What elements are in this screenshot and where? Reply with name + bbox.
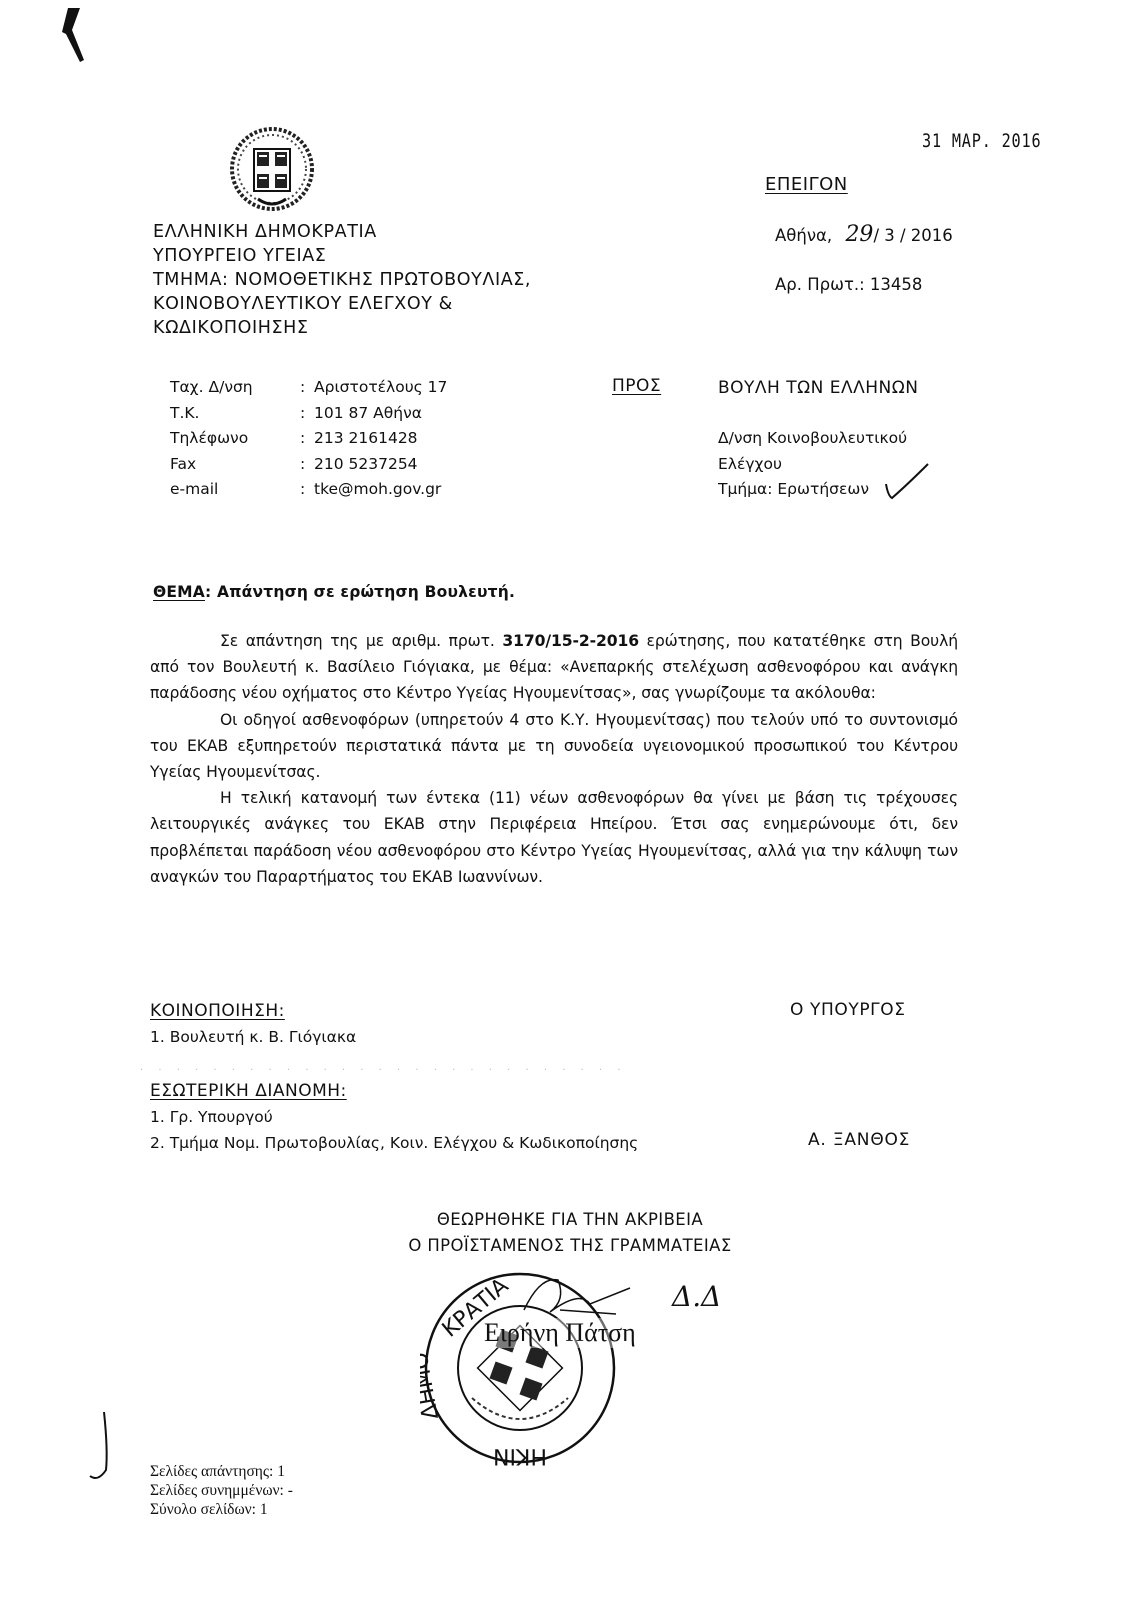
place-label: Αθήνα, [775,226,832,245]
contact-details: Ταχ. Δ/νση:Αριστοτέλους 17 Τ.Κ.:101 87 Α… [170,375,590,503]
contact-value: 101 87 Αθήνα [314,401,422,427]
subject-label: ΘΕΜΑ [153,583,205,601]
issuer-line: ΕΛΛΗΝΙΚΗ ΔΗΜΟΚΡΑΤΙΑ [153,220,531,244]
page-count-line: Σελίδες απάντησης: 1 [150,1462,293,1481]
place-date: Αθήνα, 29/ 3 / 2016 [775,223,953,248]
contact-row: Ταχ. Δ/νση:Αριστοτέλους 17 [170,375,590,401]
contact-label: Ταχ. Δ/νση [170,375,300,401]
issuer-line: ΤΜΗΜΑ: ΝΟΜΟΘΕΤΙΚΗΣ ΠΡΩΤΟΒΟΥΛΙΑΣ, [153,268,531,292]
page-count-line: Σύνολο σελίδων: 1 [150,1500,293,1519]
handwritten-mark-icon [58,4,88,64]
contact-row: Τηλέφωνο:213 2161428 [170,426,590,452]
page-counts: Σελίδες απάντησης: 1 Σελίδες συνημμένων:… [150,1462,293,1519]
contact-row: Τ.Κ.:101 87 Αθήνα [170,401,590,427]
received-date-stamp: 31 ΜΑΡ. 2016 [922,130,1041,152]
issuer-line: ΥΠΟΥΡΓΕΙΟ ΥΓΕΙΑΣ [153,244,531,268]
letter-body: Σε απάντηση της με αριθμ. πρωτ. 3170/15-… [150,628,958,890]
checkmark-icon [882,462,932,502]
contact-value: tke@moh.gov.gr [314,477,441,503]
colon: : [300,401,314,427]
subject-text: : Απάντηση σε ερώτηση Βουλευτή. [205,583,515,601]
signatory-title: Ο ΥΠΟΥΡΓΟΣ [790,1000,906,1020]
contact-value: 210 5237254 [314,452,418,478]
signatory-name: Α. ΞΑΝΘΟΣ [808,1130,910,1150]
svg-text:ΔΗΜΟ: ΔΗΜΟ [420,1350,444,1421]
internal-distribution-block: ΕΣΩΤΕΡΙΚΗ ΔΙΑΝΟΜΗ: 1. Γρ. Υπουργού 2. Τμ… [150,1078,638,1156]
colon: : [300,452,314,478]
contact-row: e-mail:tke@moh.gov.gr [170,477,590,503]
notification-block: ΚΟΙΝΟΠΟΙΗΣΗ: 1. Βουλευτή κ. Β. Γιόγιακα [150,998,356,1050]
greek-coat-of-arms-icon [228,125,316,213]
contact-label: Τηλέφωνο [170,426,300,452]
urgency-label: ΕΠΕΙΓΟΝ [765,174,848,195]
paragraph-text: Σε απάντηση της με αριθμ. πρωτ. [220,632,502,650]
colon: : [300,477,314,503]
faint-dotted-line: . . . . . . . . . . . . . . . . . . . . … [140,1062,970,1073]
colon: : [300,375,314,401]
issuer-line: ΚΩΔΙΚΟΠΟΙΗΣΗΣ [153,316,531,340]
internal-distribution-heading: ΕΣΩΤΕΡΙΚΗ ΔΙΑΝΟΜΗ: [150,1078,638,1104]
contact-label: e-mail [170,477,300,503]
issuer-block: ΕΛΛΗΝΙΚΗ ΔΗΜΟΚΡΑΤΙΑ ΥΠΟΥΡΓΕΙΟ ΥΓΕΙΑΣ ΤΜΗ… [153,220,531,340]
subject-line: ΘΕΜΑ: Απάντηση σε ερώτηση Βουλευτή. [153,583,515,601]
recipient-label: ΠΡΟΣ [612,376,661,396]
contact-value: Αριστοτέλους 17 [314,375,447,401]
distribution-item: 1. Γρ. Υπουργού [150,1104,638,1130]
recipient-line: Δ/νση Κοινοβουλευτικού [718,426,918,452]
recipient-name: ΒΟΥΛΗ ΤΩΝ ΕΛΛΗΝΩΝ [718,376,918,400]
contact-value: 213 2161428 [314,426,418,452]
contact-label: Τ.Κ. [170,401,300,427]
paragraph-1: Σε απάντηση της με αριθμ. πρωτ. 3170/15-… [150,628,958,707]
notification-item: 1. Βουλευτή κ. Β. Γιόγιακα [150,1024,356,1050]
signature-scribble-icon [520,1270,640,1340]
paragraph-3: Η τελική κατανομή των έντεκα (11) νέων α… [150,785,958,890]
paragraph-2: Οι οδηγοί ασθενοφόρων (υπηρετούν 4 στο Κ… [150,707,958,786]
handwritten-day: 29 [845,222,873,247]
notification-heading: ΚΟΙΝΟΠΟΙΗΣΗ: [150,998,356,1024]
handwritten-initials: Δ.Δ [672,1280,721,1313]
question-reference: 3170/15-2-2016 [502,632,639,650]
protocol-number: Αρ. Πρωτ.: 13458 [775,273,922,297]
issuer-line: ΚΟΙΝΟΒΟΥΛΕΥΤΙΚΟΥ ΕΛΕΓΧΟΥ & [153,292,531,316]
certification-line: Ο ΠΡΟΪΣΤΑΜΕΝΟΣ ΤΗΣ ΓΡΑΜΜΑΤΕΙΑΣ [380,1233,760,1259]
svg-text:ΗΚΙΝ: ΗΚΙΝ [493,1443,547,1468]
page-count-line: Σελίδες συνημμένων: - [150,1481,293,1500]
colon: : [300,426,314,452]
handwritten-tick-icon [86,1410,116,1490]
date-rest: / 3 / 2016 [873,226,952,245]
certification-block: ΘΕΩΡΗΘΗΚΕ ΓΙΑ ΤΗΝ ΑΚΡΙΒΕΙΑ Ο ΠΡΟΪΣΤΑΜΕΝΟ… [380,1207,760,1259]
distribution-item: 2. Τμήμα Νομ. Πρωτοβουλίας, Κοιν. Ελέγχο… [150,1130,638,1156]
contact-label: Fax [170,452,300,478]
contact-row: Fax:210 5237254 [170,452,590,478]
certification-line: ΘΕΩΡΗΘΗΚΕ ΓΙΑ ΤΗΝ ΑΚΡΙΒΕΙΑ [380,1207,760,1233]
